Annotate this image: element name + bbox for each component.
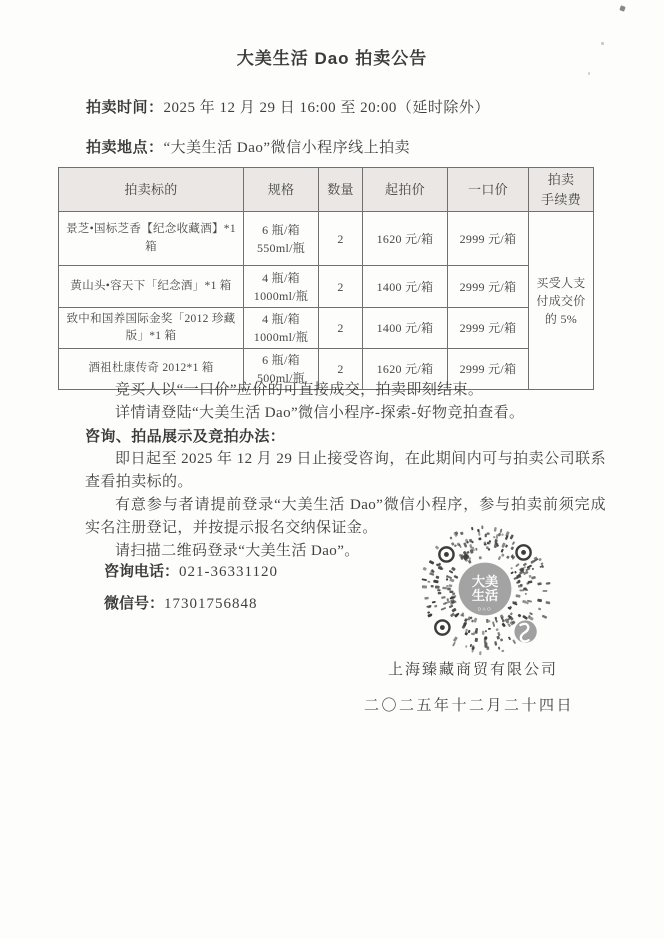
header-item: 拍卖标的 (59, 168, 244, 212)
buy-now-cell: 2999 元/箱 (448, 308, 529, 349)
item-cell: 景芝•国标芝香【纪念收藏酒】*1 箱 (59, 212, 244, 266)
lot-row: 致中和国养国际金奖「2012 珍藏版」*1 箱 4 瓶/箱 1000ml/瓶 2… (59, 308, 594, 349)
lot-row: 景芝•国标芝香【纪念收藏酒】*1 箱 6 瓶/箱 550ml/瓶 2 1620 … (59, 212, 594, 266)
header-spec: 规格 (244, 168, 319, 212)
auction-venue-label: 拍卖地点： (86, 139, 164, 156)
section-heading: 咨询、拍品展示及竞拍办法： (85, 425, 606, 448)
lots-table: 拍卖标的 规格 数量 起拍价 一口价 拍卖 手续费 景芝•国标芝香【纪念收藏酒】… (58, 167, 594, 390)
phone-label: 咨询电话： (104, 563, 179, 580)
scan-artifact (601, 42, 604, 45)
paragraph-consult-period: 即日起至 2025 年 12 月 29 日止接受咨询，在此期间内可与拍卖公司联系… (85, 448, 606, 494)
auction-venue-line: 拍卖地点：“大美生活 Dao”微信小程序线上拍卖 (86, 136, 410, 157)
document-page: 大美生活 Dao 拍卖公告 拍卖时间：2025 年 12 月 29 日 16:0… (0, 0, 664, 939)
header-qty: 数量 (319, 168, 363, 212)
wechat-miniprogram-logo-icon (514, 620, 536, 642)
spec-cell: 6 瓶/箱 550ml/瓶 (244, 212, 319, 266)
wechat-id: 17301756848 (164, 596, 258, 612)
company-name: 上海臻藏商贸有限公司 (388, 658, 558, 679)
qr-center-sublabel: DAO (478, 606, 492, 611)
item-cell: 黄山头•容天下「纪念酒」*1 箱 (59, 266, 244, 308)
qr-center-label-bottom: 生活 (472, 587, 499, 603)
scan-artifact (619, 5, 625, 11)
fee-note-cell: 买受人支付成交价的 5% (529, 212, 594, 390)
phone-number: 021-36331120 (179, 564, 278, 580)
start-price-cell: 1400 元/箱 (363, 266, 448, 308)
wechat-label: 微信号： (104, 595, 164, 612)
item-cell: 致中和国养国际金奖「2012 珍藏版」*1 箱 (59, 308, 244, 349)
issue-date: 二〇二五年十二月二十四日 (364, 694, 574, 715)
qr-center-label-top: 大美 (472, 573, 499, 589)
spec-cell: 4 瓶/箱 1000ml/瓶 (244, 308, 319, 349)
auction-venue-value: “大美生活 Dao”微信小程序线上拍卖 (164, 140, 411, 156)
start-price-cell: 1400 元/箱 (363, 308, 448, 349)
header-start-price: 起拍价 (363, 168, 448, 212)
qty-cell: 2 (319, 266, 363, 308)
scan-artifact (588, 72, 590, 75)
auction-time-line: 拍卖时间：2025 年 12 月 29 日 16:00 至 20:00（延时除外… (86, 96, 490, 117)
phone-line: 咨询电话：021-36331120 (104, 560, 278, 581)
auction-time-value: 2025 年 12 月 29 日 16:00 至 20:00（延时除外） (164, 100, 490, 116)
buy-now-cell: 2999 元/箱 (448, 266, 529, 308)
table-header-row: 拍卖标的 规格 数量 起拍价 一口价 拍卖 手续费 (59, 168, 594, 212)
auction-time-label: 拍卖时间： (86, 99, 164, 116)
qr-code: 大美 生活 DAO (416, 522, 554, 660)
paragraph-details: 详情请登陆“大美生活 Dao”微信小程序-探索-好物竞拍查看。 (85, 402, 606, 425)
header-buy-now: 一口价 (448, 168, 529, 212)
header-fee: 拍卖 手续费 (529, 168, 594, 212)
wechat-line: 微信号：17301756848 (104, 592, 258, 613)
paragraph-buy-now-rule: 竞买人以“一口价”应价的可直接成交，拍卖即刻结束。 (85, 379, 606, 402)
start-price-cell: 1620 元/箱 (363, 212, 448, 266)
qty-cell: 2 (319, 308, 363, 349)
lot-row: 黄山头•容天下「纪念酒」*1 箱 4 瓶/箱 1000ml/瓶 2 1400 元… (59, 266, 594, 308)
spec-cell: 4 瓶/箱 1000ml/瓶 (244, 266, 319, 308)
qty-cell: 2 (319, 212, 363, 266)
buy-now-cell: 2999 元/箱 (448, 212, 529, 266)
page-title: 大美生活 Dao 拍卖公告 (0, 44, 664, 69)
qr-code-icon: 大美 生活 DAO (416, 522, 554, 660)
